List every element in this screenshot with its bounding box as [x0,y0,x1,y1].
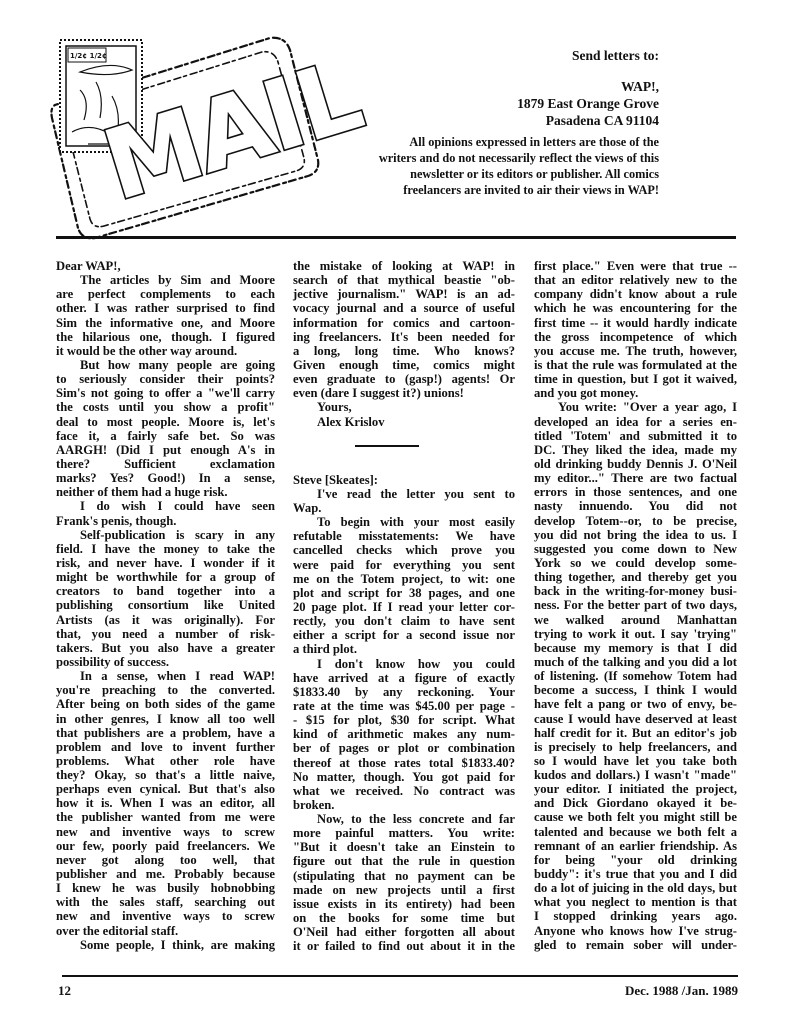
text-line: over the editorial staff. [56,924,275,938]
text-line: never got along too well, that [56,853,275,867]
letter-column-3: first place." Even were that true --that… [534,259,737,952]
text-line: The articles by Sim and Moore [56,273,275,287]
text-line: either a script for a second issue nor [293,628,515,642]
text-line: search of that mythical beastie "ob- [293,273,515,287]
text-line: and Dick Giordano okayed it be- [534,796,737,810]
text-line: Now, to the less concrete and far [293,812,515,826]
text-line: After being on both sides of the game [56,697,275,711]
text-line: - $15 for plot, $30 for script. What [293,713,515,727]
text-line: a third plot. [293,642,515,656]
address-line: Pasadena CA 91104 [517,112,659,129]
text-line: information for comics and cartoon- [293,316,515,330]
text-line: a long, long time. Who knows? [293,344,515,358]
text-line: titled 'Totem' and submitted it to [534,429,737,443]
text-line: ing freelancers. It's been needed for [293,330,515,344]
text-line: (stipulating that no payment can be [293,869,515,883]
text-line: Self-publication is scary in any [56,528,275,542]
text-line: plot and script for 38 pages, and one [293,586,515,600]
text-line: $1833.40 by any reckoning. Your [293,685,515,699]
text-line: have arrived at a figure of exactly [293,671,515,685]
text-line: the gross incompetence of which [534,330,737,344]
text-line: vocacy journal and a source of useful [293,301,515,315]
text-line: new and inventive ways to screw [56,825,275,839]
text-line: with the sales staff, searching out [56,895,275,909]
text-line: the mistake of looking at WAP! in [293,259,515,273]
text-line: perhaps even cynical. But that's also [56,782,275,796]
mail-masthead: 1/2¢ 1/2¢ MAIL MAIL [0,0,400,245]
text-line: old drinking buddy Dennis J. O'Neil [534,457,737,471]
text-line: the costs until you show a profit" [56,400,275,414]
text-line: you did not bring the idea to us. I [534,528,737,542]
text-line: publisher and me. Probably because [56,867,275,881]
text-line: become a success, I think I would [534,683,737,697]
text-line: Given enough time, comics might [293,358,515,372]
issue-date: Dec. 1988 /Jan. 1989 [625,983,738,999]
text-line: ber of pages or plot or combination [293,741,515,755]
text-line: first place." Even were that true -- [534,259,737,273]
letter-column-2: the mistake of looking at WAP! insearch … [293,259,515,953]
disclaimer: All opinions expressed in letters are th… [329,134,659,198]
text-line: 20 page plot. If I read your letter cor- [293,600,515,614]
text-line: there? Sufficient exclamation [56,457,275,471]
text-line: buddy": it's true that you and I did [534,867,737,881]
text-line: suggested you come down to New [534,542,737,556]
text-line: that publishers are a problem, have a [56,726,275,740]
text-line: ness. For the better part of two days, [534,598,737,612]
text-line: jective journalism." WAP! is an ad- [293,287,515,301]
text-line: problems. What other role have [56,754,275,768]
text-line: because my memory is that I did [534,641,737,655]
text-line: we walked around Manhattan [534,613,737,627]
text-line: field. I have the money to take the [56,542,275,556]
text-line: me on the Totem project, to wit: one [293,572,515,586]
text-line: how it is. When I was an editor, all [56,796,275,810]
newsletter-page: 1/2¢ 1/2¢ MAIL MAIL Send letters to: WAP… [0,0,788,1023]
text-line: is precisely to help freelancers, and [534,740,737,754]
text-line: much of the talking and you did a lot [534,655,737,669]
letter-column-1: Dear WAP!,The articles by Sim and Moorea… [56,259,275,952]
text-line: creators to band together into a [56,584,275,598]
text-line: Some people, I think, are making [56,938,275,952]
text-line: kind of arithmetic makes any num- [293,727,515,741]
disclaimer-line: writers and do not necessarily reflect t… [329,150,659,166]
text-line: I don't know how you could [293,657,515,671]
text-line: issue exists in its entirety) had been [293,897,515,911]
text-line: developed an idea for a series en- [534,415,737,429]
header-rule [56,236,736,239]
text-line: York so we could develop some- [534,556,737,570]
text-line: the hilarious one, though. I figured [56,330,275,344]
text-line: that an editor relatively new to the [534,273,737,287]
text-line: that, you need a number of risk- [56,627,275,641]
text-line: and you got money. [534,386,737,400]
text-line: cancelled checks which prove you [293,543,515,557]
text-line: your editor. I initiated the project, [534,782,737,796]
text-line: time in question, but I got it waived, [534,372,737,386]
text-line: publishing consortium like United [56,598,275,612]
text-line: deal to most people. Moore is, let's [56,415,275,429]
text-line: even (dare I suggest it?) unions! [293,386,515,400]
text-line: is that the rule was formulated at the [534,358,737,372]
text-line: other. I was rather surprised to find [56,301,275,315]
text-line: talented and because we both felt a [534,825,737,839]
oneil-letter-start: Steve [Skeates]:I've read the letter you… [293,473,515,954]
text-line: of listening. (If somehow Totem had [534,669,737,683]
text-line: were paid for everything you sent [293,558,515,572]
text-line: are perfect complements to each [56,287,275,301]
text-line: Sim the informative one, and Moore [56,316,275,330]
address-line: 1879 East Orange Grove [517,95,659,112]
text-line: possibility of success. [56,655,275,669]
text-line: rectly, you don't claim to have sent [293,614,515,628]
address-line: WAP!, [517,78,659,95]
disclaimer-line: All opinions expressed in letters are th… [329,134,659,150]
text-line: more painful matters. You write: [293,826,515,840]
text-line: first time -- it would hardly indicate [534,316,737,330]
text-line: you accuse me. The truth, however, [534,344,737,358]
text-line: nasty innuendo. You did not [534,499,737,513]
text-line: In a sense, when I read WAP! [56,669,275,683]
text-line: my editor..." There are two factual [534,471,737,485]
text-line: problem and love to invent further [56,740,275,754]
mailing-address: WAP!, 1879 East Orange Grove Pasadena CA… [517,78,659,129]
text-line: To begin with your most easily [293,515,515,529]
disclaimer-line: newsletter or its editors or publisher. … [329,166,659,182]
text-line: No matter, though. You got paid for [293,770,515,784]
text-line: to seriously consider their points? [56,372,275,386]
text-line: for being "your old drinking [534,853,737,867]
text-line: I've read the letter you sent to [293,487,515,501]
text-line: new and inventive ways to screw [56,909,275,923]
footer-rule [62,975,738,977]
text-line: which he was encountering for the [534,301,737,315]
text-line: company didn't know about a rule [534,287,737,301]
text-line: even graduate to (gasp!) agents! Or [293,372,515,386]
text-line: have felt a pang or two of envy, be- [534,697,737,711]
text-line: gled to remain sober will under- [534,938,737,952]
text-line: develop Totem--or, to be precise, [534,514,737,528]
text-line: thereof at those rates total $1833.40? [293,756,515,770]
text-line: marks? Yes? Good!) In a sense, [56,471,275,485]
text-line: face it, a fairly safe bet. So was [56,429,275,443]
text-line: the publisher wanted from me were [56,810,275,824]
text-line: Artists (as it was originally). For [56,613,275,627]
text-line: takers. But you also have a greater [56,641,275,655]
text-line: refutable misstatements: We have [293,529,515,543]
text-line: You write: "Over a year ago, I [534,400,737,414]
text-line: what you neglect to mention is that [534,895,737,909]
krislov-letter-end: the mistake of looking at WAP! insearch … [293,259,515,429]
text-line: Yours, [293,400,515,414]
text-line: Frank's penis, though. [56,514,275,528]
text-line: our few, poorly paid freelancers. We [56,839,275,853]
text-line: I do wish I could have seen [56,499,275,513]
text-line: I stopped drinking years ago. [534,909,737,923]
text-line: cause I would have deserved at least [534,712,737,726]
text-line: trying to work it out. I say 'trying" [534,627,737,641]
text-line: broken. [293,798,515,812]
text-line: I knew he was busily hobnobbing [56,881,275,895]
text-line: might be worthwhile for a group of [56,570,275,584]
text-line: so I would have let you take both [534,754,737,768]
text-line: Wap. [293,501,515,515]
text-line: errors in those sentences, and one [534,485,737,499]
text-line: kudos and dollars.) I wasn't "made" [534,768,737,782]
text-line: neither of them had a huge risk. [56,485,275,499]
text-line: do a lot of juicing in the old days, but [534,881,737,895]
text-line: you're preaching to the converted. [56,683,275,697]
text-line: thing together, and thereby get you [534,570,737,584]
svg-text:1/2¢ 1/2¢: 1/2¢ 1/2¢ [70,52,107,60]
text-line: "But it doesn't take an Einstein to [293,840,515,854]
disclaimer-line: freelancers are invited to air their vie… [329,182,659,198]
text-line: back in the writing-for-money busi- [534,584,737,598]
text-line: risk, and never have. I wonder if it [56,556,275,570]
text-line: But how many people are going [56,358,275,372]
mail-stamp-logo-icon: 1/2¢ 1/2¢ MAIL MAIL [0,0,400,250]
text-line: figure out that the rule in question [293,854,515,868]
text-line: AARGH! (Did I put enough A's in [56,443,275,457]
send-letters-label: Send letters to: [572,47,659,64]
text-line: made on new projects until a first [293,883,515,897]
text-line: O'Neil had either forgotten all about [293,925,515,939]
text-line: cause we both felt you might still be [534,810,737,824]
text-line: Steve [Skeates]: [293,473,515,487]
page-number: 12 [58,983,71,999]
text-line: half credit for it. But an editor's job [534,726,737,740]
text-line: DC. They liked the idea, made my [534,443,737,457]
text-line: what we received. No contract was [293,784,515,798]
text-line: it would be the other way around. [56,344,275,358]
text-line: Dear WAP!, [56,259,275,273]
text-line: it or failed to find out about it in the [293,939,515,953]
text-line: on the books for some time but [293,911,515,925]
text-line: Anyone who knows how I've strug- [534,924,737,938]
text-line: Alex Krislov [293,415,515,429]
text-line: Sim's not going to offer a "we'll carry [56,386,275,400]
text-line: remnant of an earlier friendship. As [534,839,737,853]
text-line: rate at the time was $45.00 per page - [293,699,515,713]
text-line: in other genres, I know all too well [56,712,275,726]
text-line: they? Okay, so that's a little naive, [56,768,275,782]
